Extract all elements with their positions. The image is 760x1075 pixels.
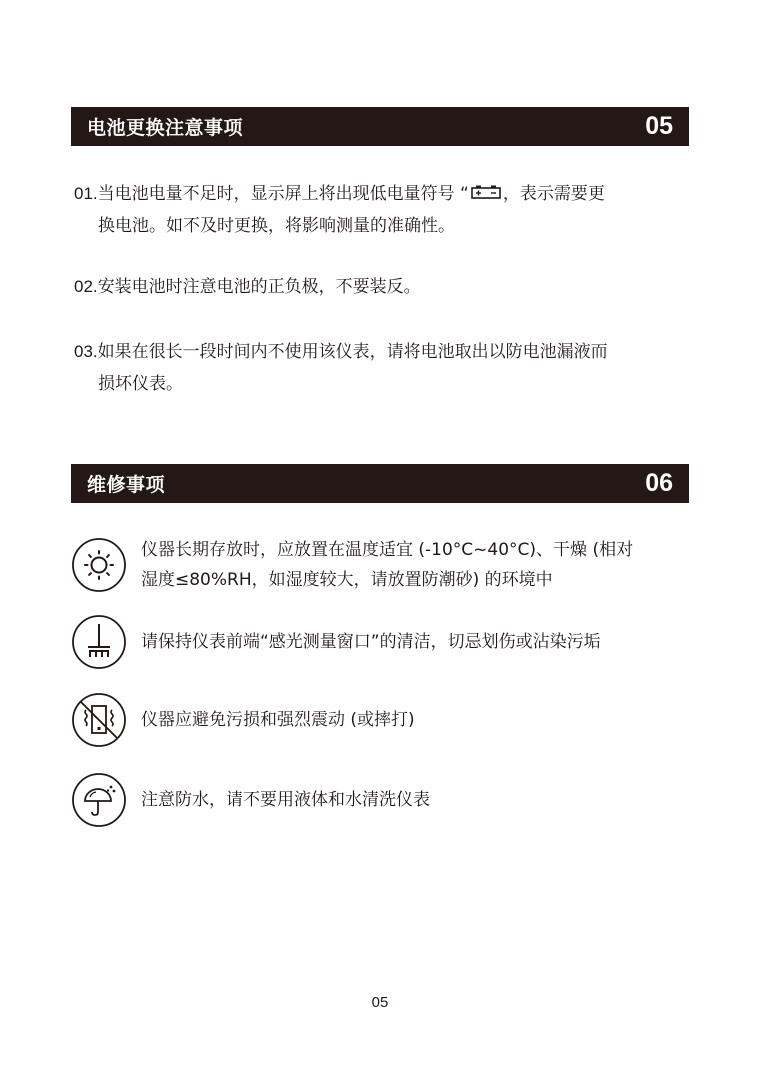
section-number: 06 — [645, 469, 673, 498]
care-text-line: 仪器应避免污损和强烈震动 (或摔打) — [141, 705, 415, 735]
section-header-maintenance: 维修事项 06 — [71, 464, 689, 503]
item-text: 当电池电量不足时，显示屏上将出现低电量符号 “ — [98, 184, 469, 204]
item-text: ，表示需要更 — [503, 184, 605, 204]
care-text: 仪器应避免污损和强烈震动 (或摔打) — [141, 705, 415, 735]
battery-note-03: 03.如果在很长一段时间内不使用该仪表，请将电池取出以防电池漏液而 损坏仪表。 — [74, 336, 694, 400]
care-text: 请保持仪表前端“感光测量窗口”的清洁，切忌划伤或沾染污垢 — [141, 627, 601, 657]
care-text-line: 仪器长期存放时，应放置在温度适宜 (-10°C~40°C)、干燥 (相对 — [141, 535, 633, 565]
no-vibration-icon — [71, 692, 127, 748]
item-number: 01. — [74, 184, 98, 203]
care-text-line: 请保持仪表前端“感光测量窗口”的清洁，切忌划伤或沾染污垢 — [141, 627, 601, 657]
item-number: 03. — [74, 342, 98, 361]
sun-icon — [71, 537, 127, 593]
section-title: 维修事项 — [87, 470, 165, 497]
item-text: 安装电池时注意电池的正负极，不要装反。 — [98, 277, 421, 297]
care-text: 注意防水，请不要用液体和水清洗仪表 — [141, 785, 430, 815]
care-text-line: 注意防水，请不要用液体和水清洗仪表 — [141, 785, 430, 815]
item-number: 02. — [74, 277, 98, 296]
page-number: 05 — [0, 994, 760, 1011]
section-number: 05 — [645, 112, 673, 141]
item-text-continued: 换电池。如不及时更换，将影响测量的准确性。 — [74, 210, 694, 242]
battery-note-01: 01.当电池电量不足时，显示屏上将出现低电量符号 “，表示需要更 换电池。如不及… — [74, 178, 694, 242]
section-header-battery: 电池更换注意事项 05 — [71, 107, 689, 146]
care-item-vibration: 仪器应避免污损和强烈震动 (或摔打) — [71, 692, 701, 748]
care-text: 仪器长期存放时，应放置在温度适宜 (-10°C~40°C)、干燥 (相对 湿度≤… — [141, 535, 633, 595]
item-text: 如果在很长一段时间内不使用该仪表，请将电池取出以防电池漏液而 — [98, 342, 608, 362]
care-item-waterproof: 注意防水，请不要用液体和水清洗仪表 — [71, 772, 701, 828]
item-text-continued: 损坏仪表。 — [74, 368, 694, 400]
umbrella-icon — [71, 772, 127, 828]
section-title: 电池更换注意事项 — [87, 113, 243, 140]
battery-note-02: 02.安装电池时注意电池的正负极，不要装反。 — [74, 271, 694, 303]
low-battery-icon — [471, 178, 501, 210]
care-item-storage: 仪器长期存放时，应放置在温度适宜 (-10°C~40°C)、干燥 (相对 湿度≤… — [71, 535, 701, 595]
care-text-line: 湿度≤80%RH，如湿度较大，请放置防潮砂) 的环境中 — [141, 565, 633, 595]
care-item-cleaning: 请保持仪表前端“感光测量窗口”的清洁，切忌划伤或沾染污垢 — [71, 614, 701, 670]
broom-icon — [71, 614, 127, 670]
